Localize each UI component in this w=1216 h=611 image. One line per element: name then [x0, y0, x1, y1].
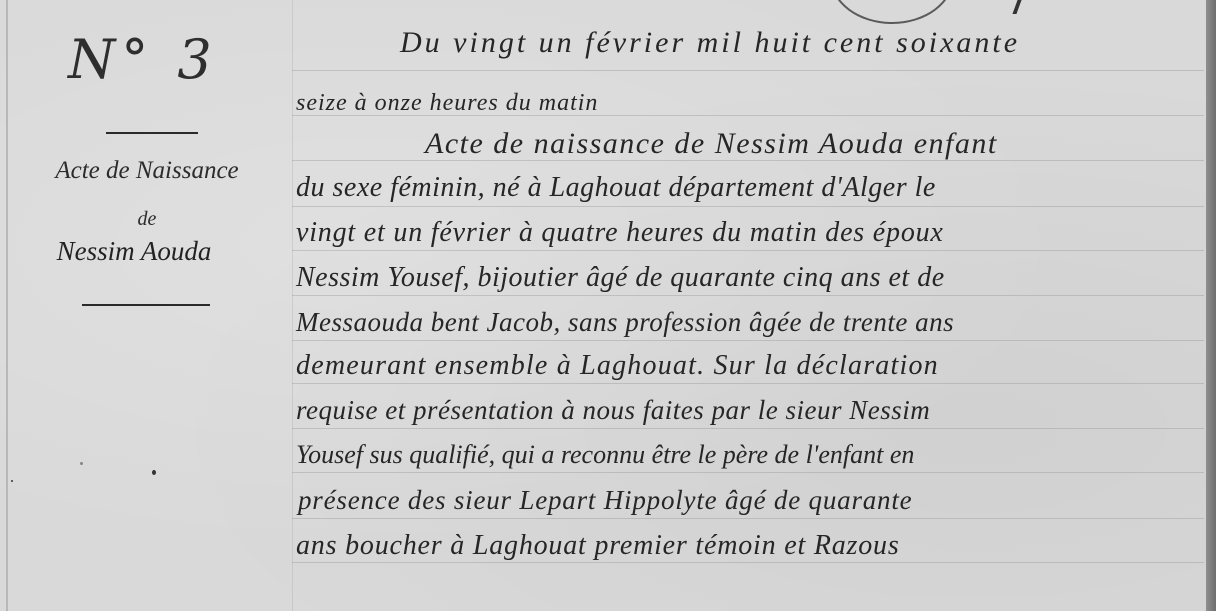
acte-number: N° 3 — [68, 28, 218, 91]
body-line-12: ans boucher à Laghouat premier témoin et… — [296, 530, 900, 562]
stamp-ink-mark — [1012, 0, 1021, 14]
ink-speck — [11, 480, 13, 482]
ruled-line — [292, 383, 1204, 384]
official-stamp — [830, 0, 954, 24]
ruled-line — [292, 472, 1204, 473]
ruled-line — [292, 518, 1204, 519]
body-line-2: seize à onze heures du matin — [296, 90, 598, 117]
ruled-line — [292, 340, 1204, 341]
margin-rule-top — [106, 132, 198, 134]
margin-connector: de — [22, 208, 272, 231]
margin-rule-bottom — [82, 304, 210, 306]
margin-divider — [292, 0, 293, 611]
ink-speck — [80, 462, 83, 465]
body-line-4: du sexe féminin, né à Laghouat départeme… — [296, 172, 936, 204]
body-line-1: Du vingt un février mil huit cent soixan… — [400, 26, 1020, 60]
ruled-line — [292, 70, 1204, 71]
page-left-border — [6, 0, 8, 611]
ruled-line — [292, 428, 1204, 429]
ruled-line — [292, 562, 1204, 563]
document-page: N° 3 Acte de Naissance de Nessim Aouda D… — [0, 0, 1216, 611]
page-right-edge — [1206, 0, 1216, 611]
body-line-6: Nessim Yousef, bijoutier âgé de quarante… — [296, 262, 945, 294]
body-line-8: demeurant ensemble à Laghouat. Sur la dé… — [296, 350, 939, 382]
ink-speck — [152, 470, 156, 475]
body-line-3: Acte de naissance de Nessim Aouda enfant — [425, 127, 998, 161]
ruled-line — [292, 250, 1204, 251]
ruled-line — [292, 295, 1204, 296]
ruled-line — [292, 206, 1204, 207]
margin-person-name: Nessim Aouda — [24, 236, 244, 267]
body-line-11: présence des sieur Lepart Hippolyte âgé … — [298, 485, 912, 516]
body-line-5: vingt et un février à quatre heures du m… — [296, 217, 944, 249]
body-line-7: Messaouda bent Jacob, sans profession âg… — [296, 307, 954, 338]
body-line-9: requise et présentation à nous faites pa… — [296, 395, 930, 426]
margin-title: Acte de Naissance — [22, 158, 272, 183]
body-line-10: Yousef sus qualifié, qui a reconnu être … — [296, 440, 914, 470]
